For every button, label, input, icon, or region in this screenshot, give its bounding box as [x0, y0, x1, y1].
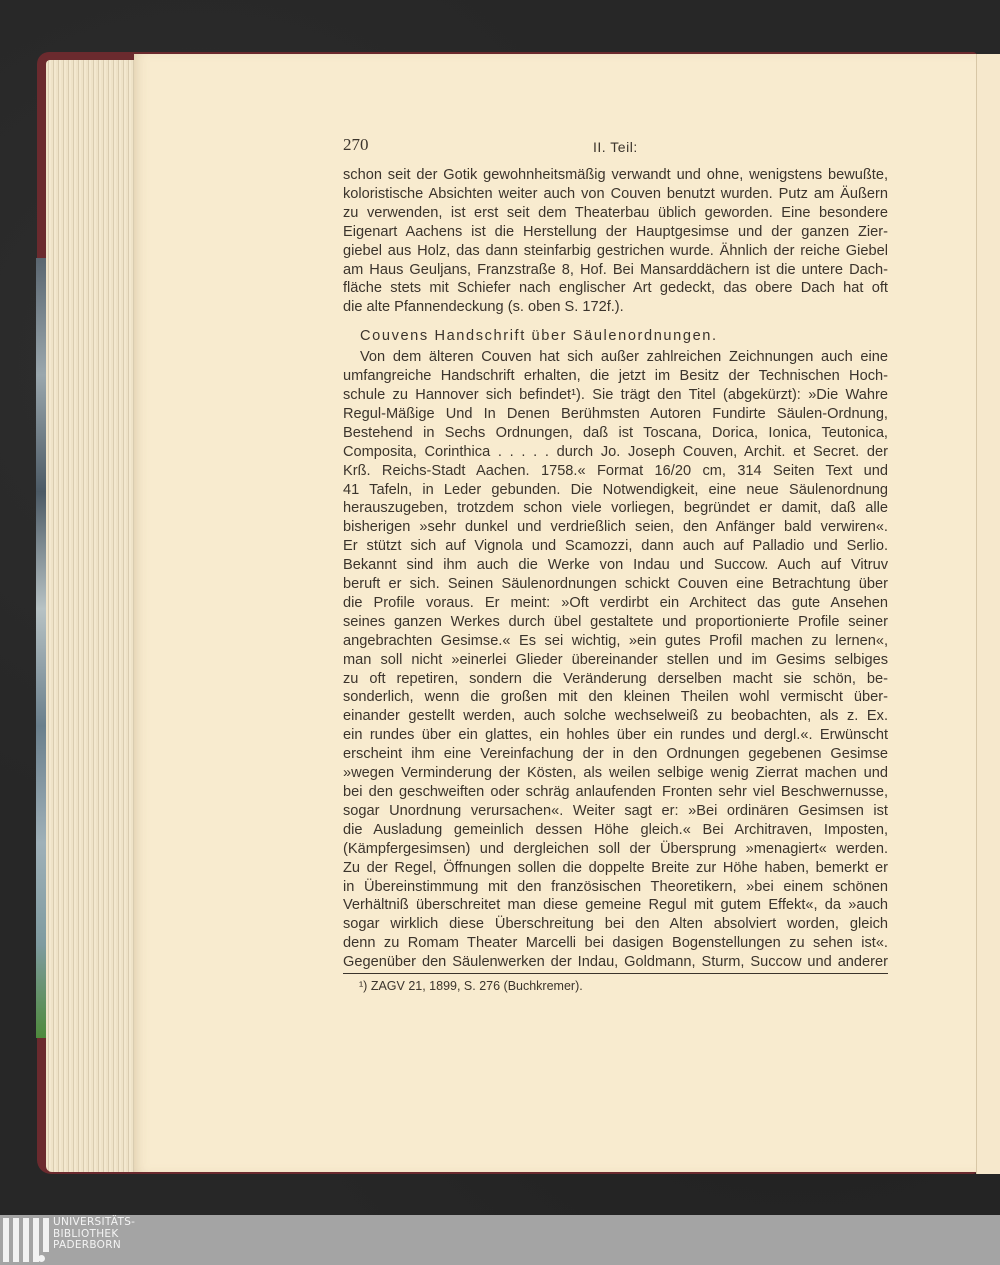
- text-line: Er stützt sich auf Vignola und Scamozzi,…: [343, 537, 888, 556]
- text-line: Bestehend in Sechs Ordnungen, daß ist To…: [343, 424, 888, 443]
- text-line: schule zu Hannover sich befindet¹). Sie …: [343, 386, 888, 405]
- text-line: Eigenart Aachens ist die Herstellung der…: [343, 223, 888, 242]
- section-heading: Couvens Handschrift über Säulenordnungen…: [360, 327, 888, 346]
- text-line: Gegenüber den Säulenwerken der Indau, Go…: [343, 953, 888, 972]
- text-line: die Ausladung gemeinlich dessen Höhe gle…: [343, 821, 888, 840]
- text-line: giebel aus Holz, das dann steinfarbig ge…: [343, 242, 888, 261]
- page-number: 270: [343, 136, 369, 155]
- text-line: die alte Pfannendeckung (s. oben S. 172f…: [343, 298, 888, 317]
- footnote-marker: ¹): [359, 979, 367, 993]
- text-line: »wegen Verminderung der Kösten, als weil…: [343, 764, 888, 783]
- text-line: sogar Unordnung verursachen«. Weiter sag…: [343, 802, 888, 821]
- text-line: erscheint ihm eine Vereinfachung der in …: [343, 745, 888, 764]
- text-line: seines ganzen Werkes durch übel gestalte…: [343, 613, 888, 632]
- text-line: man soll nicht »einerlei Glieder überein…: [343, 651, 888, 670]
- text-line: schon seit der Gotik gewohnheitsmäßig ve…: [343, 166, 888, 185]
- text-line: fläche stets mit Schiefer nach englische…: [343, 279, 888, 298]
- text-line: 41 Tafeln, in Leder gebunden. Die Notwen…: [343, 481, 888, 500]
- text-line: zu verwenden, ist erst seit dem Theaterb…: [343, 204, 888, 223]
- text-line: in Übereinstimmung mit den französischen…: [343, 878, 888, 897]
- text-line: umfangreiche Handschrift erhalten, die j…: [343, 367, 888, 386]
- facing-page-edge: [976, 54, 1000, 1174]
- text-line: zu oft repetiren, sondern die Veränderun…: [343, 670, 888, 689]
- text-line: am Haus Geuljans, Franzstraße 8, Hof. Be…: [343, 261, 888, 280]
- text-line: die Profile voraus. Er meint: »Oft verdi…: [343, 594, 888, 613]
- text-line: denn zu Romam Theater Marcelli bei dasig…: [343, 934, 888, 953]
- footer-bar: [0, 1215, 1000, 1265]
- text-line: einander gestellt werden, auch solche we…: [343, 707, 888, 726]
- page-edges: [46, 60, 134, 1172]
- text-line: Regul-Mäßige Und In Denen Berühmsten Aut…: [343, 405, 888, 424]
- running-title: II. Teil:: [593, 138, 638, 157]
- footnote: ¹) ZAGV 21, 1899, S. 276 (Buchkremer).: [343, 977, 888, 996]
- text-line: bei den geschweiften oder schräg anlaufe…: [343, 783, 888, 802]
- paragraph-1: schon seit der Gotik gewohnheitsmäßig ve…: [343, 166, 888, 317]
- text-line: Composita, Corinthica . . . . . durch Jo…: [343, 443, 888, 462]
- footnote-text: ZAGV 21, 1899, S. 276 (Buchkremer).: [371, 979, 583, 993]
- library-logo-text: UNIVERSITÄTS- BIBLIOTHEK PADERBORN: [53, 1217, 135, 1252]
- text-line: (Kämpfergesimsen) und dergleichen soll d…: [343, 840, 888, 859]
- text-line: angebrachten Gesimse.« Es sei wichtig, »…: [343, 632, 888, 651]
- text-line: herauszugeben, trotzdem schon viele vorl…: [343, 499, 888, 518]
- text-line: Verhältniß überschreitet man diese gemei…: [343, 896, 888, 915]
- text-line: sonderlich, wenn die großen mit den klei…: [343, 688, 888, 707]
- paragraph-2: Von dem älteren Couven hat sich außer za…: [343, 348, 888, 972]
- text-line: Zu der Regel, Öffnungen sollen die doppe…: [343, 859, 888, 878]
- text-line: beruft er sich. Seinen Säulenordnungen s…: [343, 575, 888, 594]
- page-text: 270 II. Teil: schon seit der Gotik gewoh…: [343, 132, 888, 996]
- logo-line: PADERBORN: [53, 1240, 135, 1252]
- text-line: Krß. Reichs-Stadt Aachen. 1758.« Format …: [343, 462, 888, 481]
- footnote-rule: [343, 973, 888, 974]
- logo-dot-icon: [38, 1255, 45, 1262]
- text-line: Von dem älteren Couven hat sich außer za…: [343, 348, 888, 367]
- text-line: sogar wirklich diese Überschreitung bei …: [343, 915, 888, 934]
- text-line: ein rundes über ein glattes, ein hohles …: [343, 726, 888, 745]
- text-line: bisherigen »sehr dunkel und verdrießlich…: [343, 518, 888, 537]
- text-line: koloristische Absichten weiter auch von …: [343, 185, 888, 204]
- text-line: Bekannt sind ihm auch die Werke von Inda…: [343, 556, 888, 575]
- running-head: 270 II. Teil:: [343, 132, 888, 166]
- logo-line: UNIVERSITÄTS-: [53, 1217, 135, 1229]
